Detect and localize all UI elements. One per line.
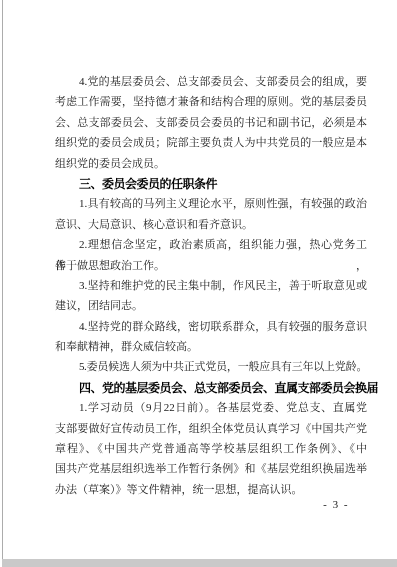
document-body: 4.党的基层委员会、总支部委员会、支部委员会的组成，要考虑工作需要，坚持德才兼备… <box>55 72 367 500</box>
document-line: 会、总支部委员会、支部委员会委员的书记和副书记，必须是本 <box>55 113 367 133</box>
document-line: 和奉献精神，群众威信较高。 <box>55 337 367 357</box>
document-line: 建议，团结同志。 <box>55 296 367 316</box>
document-line: 组织党的委员会成员；院部主要负责人为中共党员的一般应是本 <box>55 133 367 153</box>
document-line: 章程》、《中国共产党普通高等学校基层组织工作条例》、《中 <box>55 439 367 459</box>
scan-bottom-band <box>2 559 397 567</box>
page: 4.党的基层委员会、总支部委员会、支部委员会的组成，要考虑工作需要，坚持德才兼备… <box>0 0 397 567</box>
document-line: 意识、大局意识、核心意识和看齐意识。 <box>55 215 367 235</box>
document-line: 1.学习动员（9月22日前）。各基层党委、党总支、直属党 <box>55 398 367 418</box>
document-line: 支部要做好宣传动员工作，组织全体党员认真学习《中国共产党 <box>55 419 367 439</box>
scan-edge-line <box>2 0 3 560</box>
document-line: 3.坚持和维护党的民主集中制，作风民主，善于听取意见或 <box>55 276 367 296</box>
page-number: - 3 - <box>323 499 349 511</box>
document-line: 考虑工作需要，坚持德才兼备和结构合理的原则。党的基层委员 <box>55 92 367 112</box>
document-line: 1.具有较高的马列主义理论水平，原则性强，有较强的政治 <box>55 194 367 214</box>
document-line: 5.委员候选人须为中共正式党员，一般应具有三年以上党龄。 <box>55 357 367 377</box>
section-heading: 四、党的基层委员会、总支部委员会、直属支部委员会换届 <box>55 378 367 398</box>
document-line: 4.坚持党的群众路线，密切联系群众，具有较强的服务意识 <box>55 317 367 337</box>
document-line: 4.党的基层委员会、总支部委员会、支部委员会的组成，要 <box>55 72 367 92</box>
document-line: 2.理想信念坚定，政治素质高，组织能力强，热心党务工作， <box>55 235 367 255</box>
document-line: 组织党的委员会成员。 <box>55 154 367 174</box>
document-line: 办法（草案）》等文件精神，统一思想，提高认识。 <box>55 480 367 500</box>
section-heading: 三、委员会委员的任职条件 <box>55 174 367 194</box>
document-line: 国共产党基层组织选举工作暂行条例》和《基层党组织换届选举 <box>55 459 367 479</box>
